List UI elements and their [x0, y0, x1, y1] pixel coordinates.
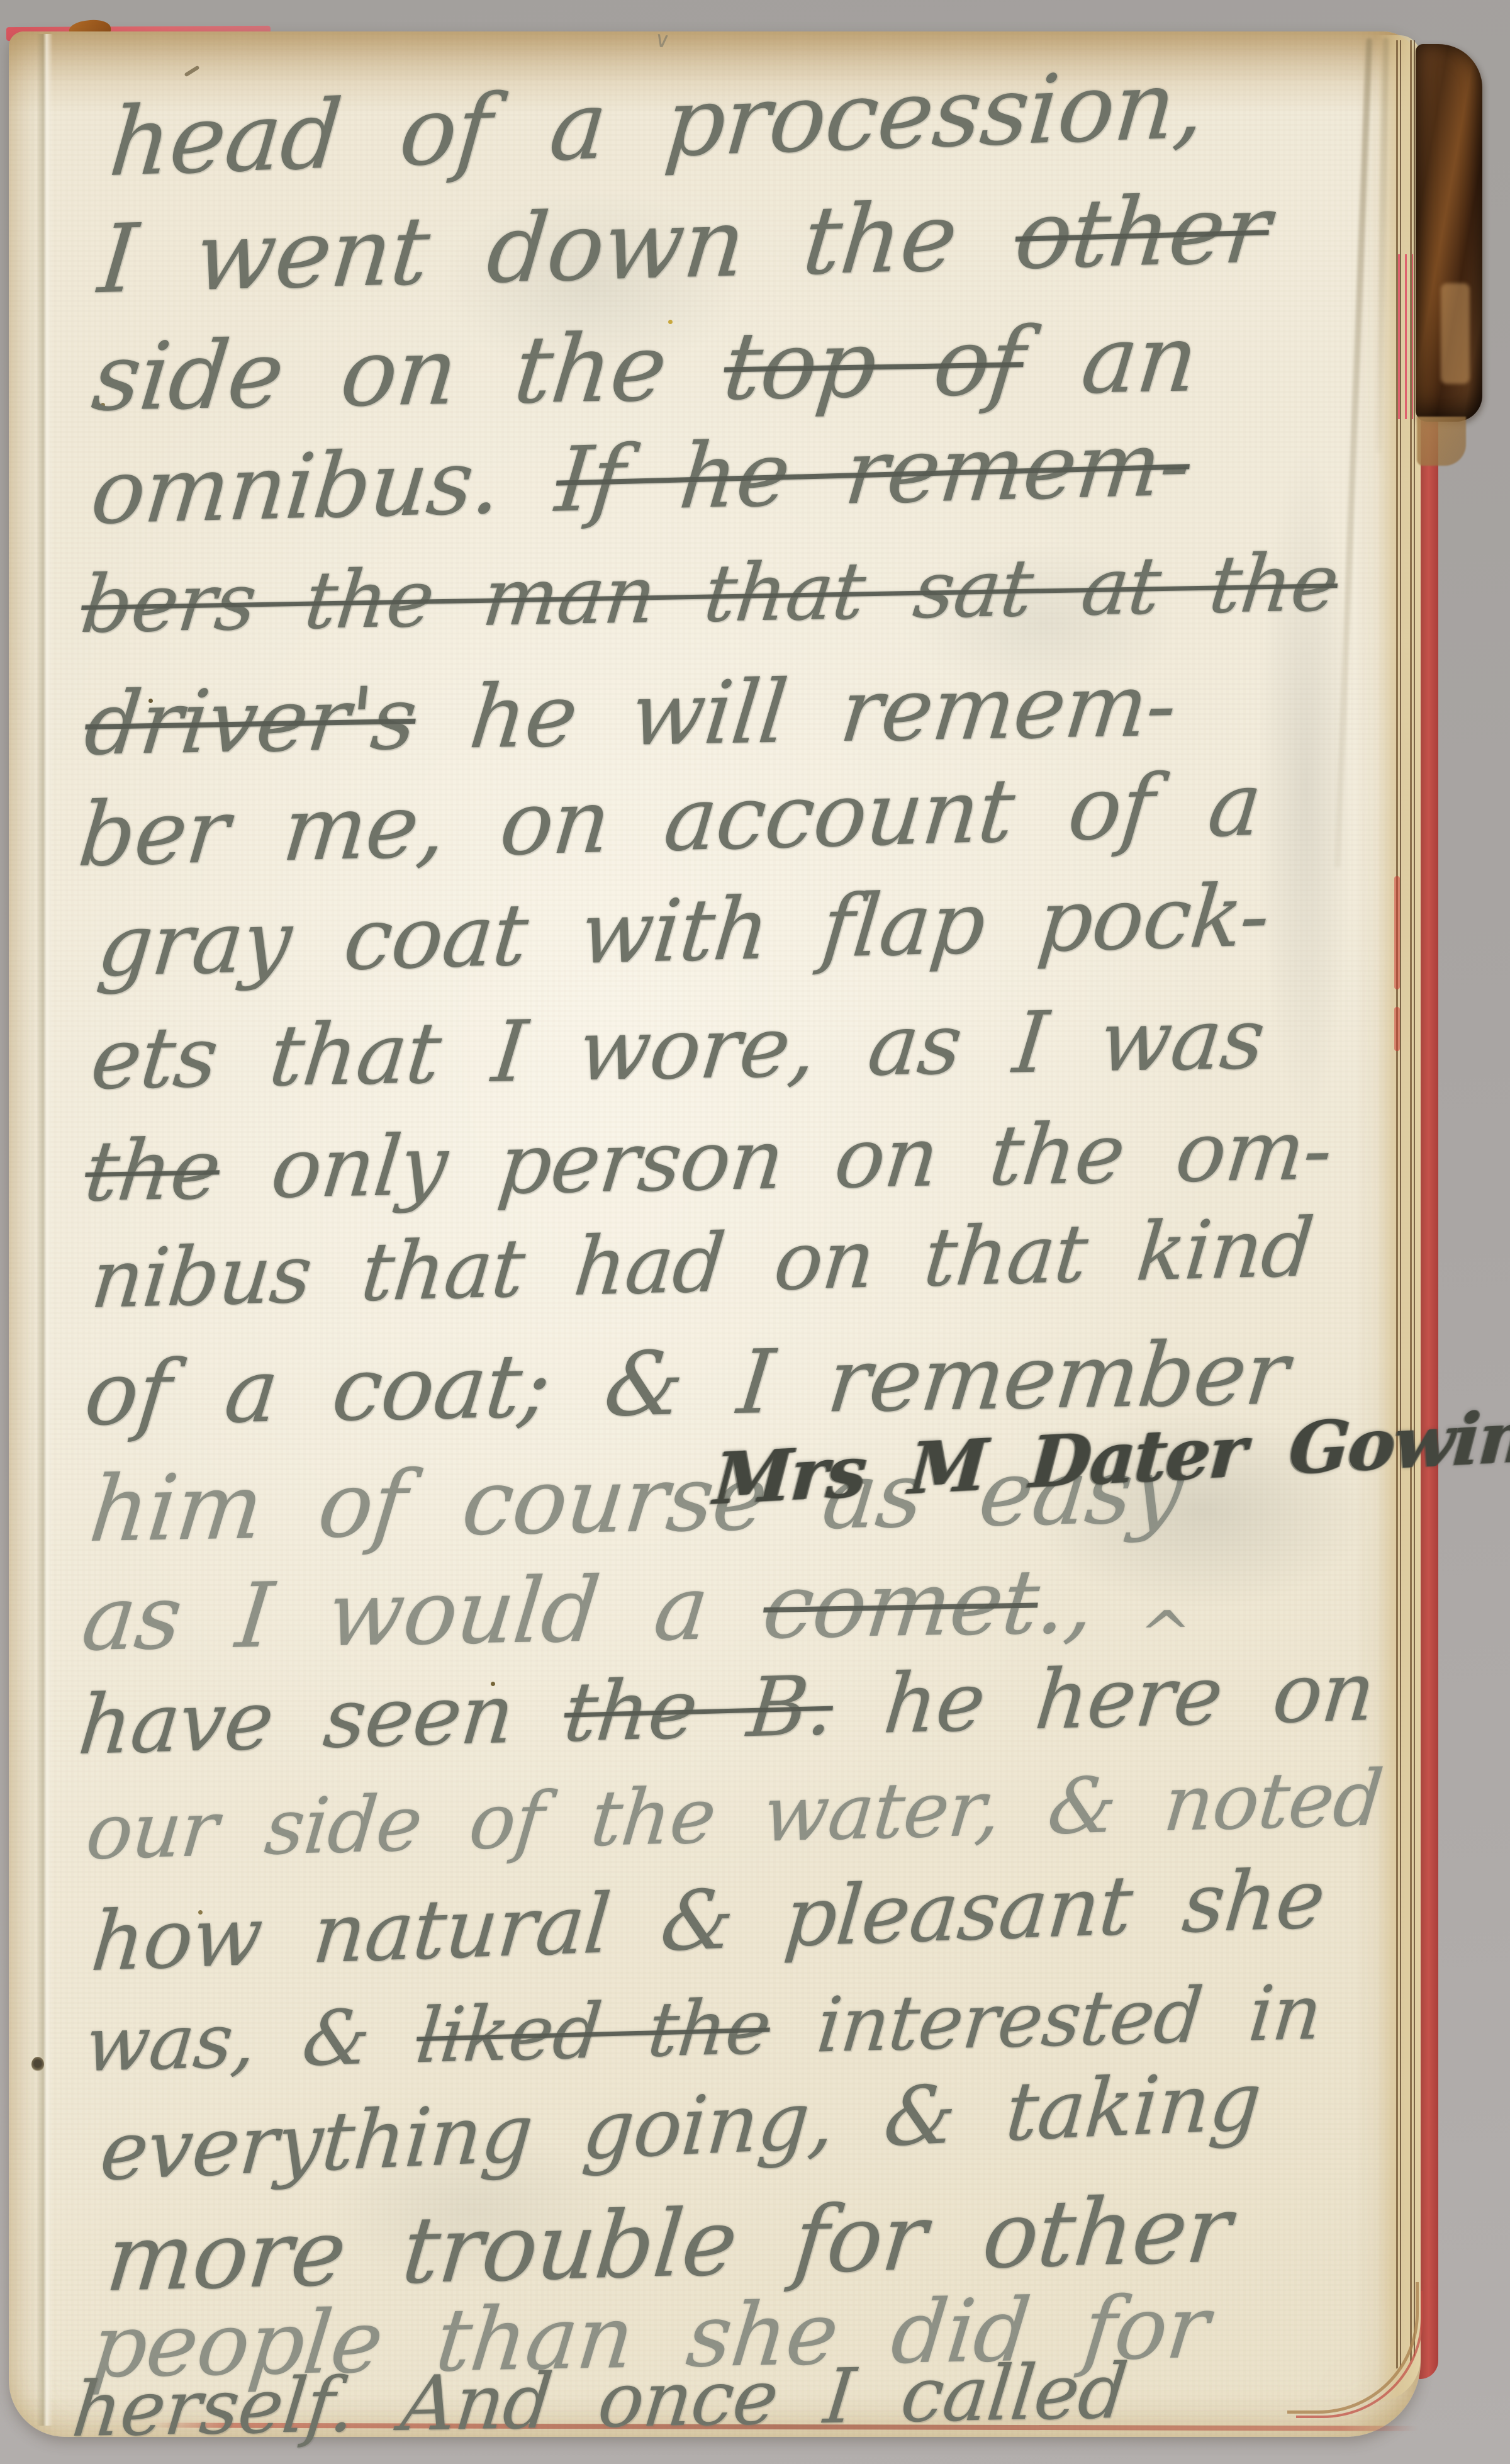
struck-text: liked the [413, 1983, 775, 2080]
struck-text: top of [719, 307, 1029, 421]
handwriting-line: herself. And once I called [69, 2354, 1131, 2448]
handwriting-text: head of a procession, [105, 50, 1209, 198]
handwriting-text: was, & [81, 1993, 421, 2089]
handwriting-line: our side of the water, & noted [83, 1760, 1386, 1871]
struck-text: the [81, 1121, 225, 1220]
handwriting-text: side on the [87, 312, 730, 432]
handwriting-text: ber me, on account of a [74, 753, 1265, 887]
handwriting-line: bers the man that sat at the [77, 543, 1341, 644]
handwriting-line: head of a procession, [106, 57, 1208, 190]
handwriting-text: only person on the om- [215, 1101, 1336, 1218]
handwriting-text: gray coat with flap pock- [93, 866, 1273, 996]
handwriting-text: herself. And once I called [69, 2348, 1131, 2454]
handwriting-line: ber me, on account of a [75, 761, 1265, 880]
photograph-background: ∨ head of a procession,I went down the o… [0, 0, 1510, 2464]
handwriting-text: an [1018, 304, 1202, 415]
struck-text: the B. [560, 1657, 837, 1760]
handwriting-line: ets that I wore, as I was [87, 996, 1268, 1101]
handwriting-text: omnibus. [87, 428, 562, 544]
handwriting-text: ets that I wore, as I was [87, 989, 1269, 1108]
handwriting-line: omnibus. If he remem- [87, 419, 1194, 537]
handwriting-text: nibus that had on that kind [87, 1201, 1317, 1327]
handwriting-text: have seen [75, 1665, 569, 1774]
handwriting-line: how natural & pleasant she [88, 1857, 1328, 1983]
handwriting-text: he will remem- [410, 655, 1181, 769]
handwriting-layer: head of a procession,I went down the oth… [0, 0, 1510, 2464]
struck-text: other [1010, 174, 1274, 291]
handwriting-line: nibus that had on that kind [88, 1208, 1317, 1320]
handwriting-line: gray coat with flap pock- [94, 873, 1272, 989]
handwriting-line: driver's he will remem- [81, 662, 1180, 768]
handwriting-line: the only person on the om- [81, 1108, 1336, 1213]
struck-text: driver's [81, 668, 422, 775]
struck-text: If he remem- [552, 412, 1195, 532]
handwriting-text: he here on [829, 1643, 1379, 1753]
handwriting-line: I went down the other [95, 182, 1274, 307]
handwriting-line: side on the top of an [88, 312, 1202, 424]
handwriting-text: I went down the [94, 181, 1021, 315]
struck-text: bers the man that sat at the [77, 536, 1343, 651]
handwriting-text: as I would a [77, 1555, 769, 1671]
struck-text: comet [758, 1550, 1043, 1659]
